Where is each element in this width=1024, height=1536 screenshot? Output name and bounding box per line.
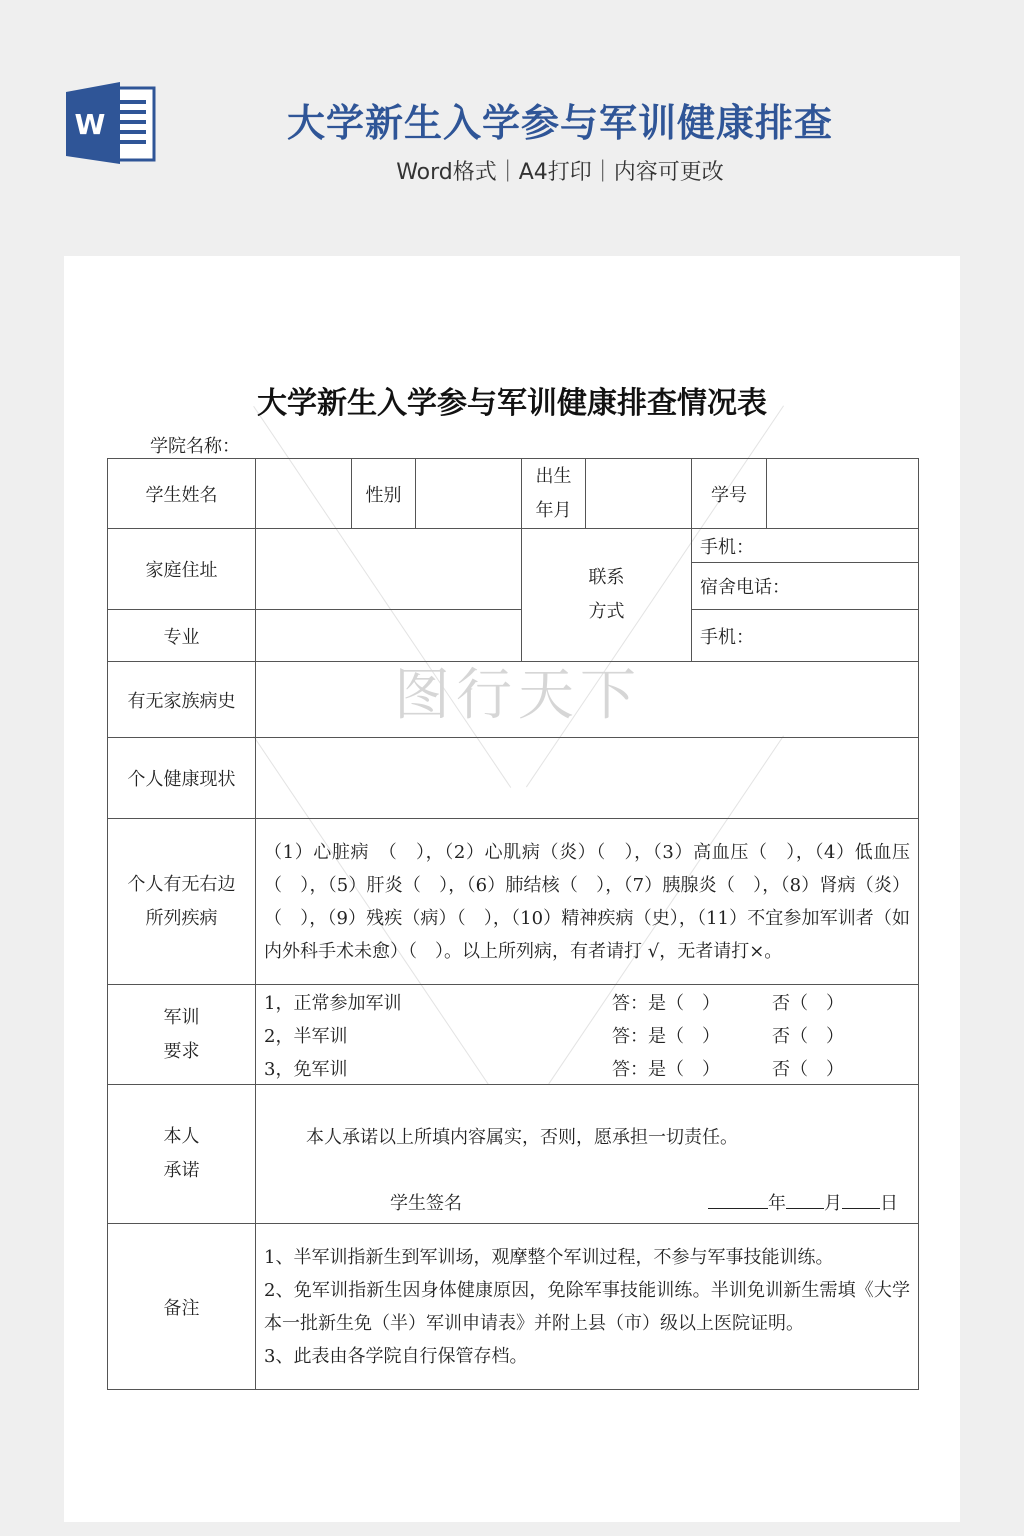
- answer-no[interactable]: 否（ ）: [772, 989, 844, 1015]
- answer-no[interactable]: 否（ ）: [772, 1055, 844, 1081]
- day-blank[interactable]: [842, 1190, 880, 1209]
- health-status-field[interactable]: [256, 738, 919, 819]
- training-option-exempt[interactable]: 3，免军训 答：是（ ） 否（ ）: [264, 1051, 918, 1084]
- birth-label-line2: 年月: [522, 494, 585, 528]
- disease-list-label: 个人有无右边 所列疾病: [108, 819, 256, 985]
- contact-label-line2: 方式: [522, 595, 691, 629]
- training-option-normal[interactable]: 1，正常参加军训 答：是（ ） 否（ ）: [264, 985, 918, 1018]
- answer-yes[interactable]: 答：是（ ）: [612, 1055, 772, 1081]
- home-address-field[interactable]: [256, 529, 522, 610]
- gender-field[interactable]: [416, 459, 522, 529]
- major-label: 专业: [108, 610, 256, 662]
- training-label-line2: 要求: [108, 1035, 255, 1069]
- mobile-field[interactable]: 手机：: [692, 529, 919, 563]
- banner-title: 大学新生入学参与军训健康排查: [240, 92, 880, 147]
- notes-content: 1、半军训指新生到军训场，观摩整个军训过程，不参与军事技能训练。 2、免军训指新…: [256, 1224, 919, 1390]
- birth-label-line1: 出生: [522, 460, 585, 494]
- pledge-label-line1: 本人: [108, 1120, 255, 1154]
- dorm-phone-field[interactable]: 宿舍电话：: [692, 563, 919, 610]
- year-label: 年: [768, 1193, 786, 1214]
- day-label: 日: [880, 1193, 898, 1214]
- training-requirement-label: 军训 要求: [108, 985, 256, 1085]
- training-option-half[interactable]: 2，半军训 答：是（ ） 否（ ）: [264, 1018, 918, 1051]
- signature-label: 学生签名: [390, 1189, 462, 1215]
- note-item: 1、半军训指新生到军训场，观摩整个军训过程，不参与军事技能训练。: [264, 1241, 910, 1274]
- student-name-label: 学生姓名: [108, 459, 256, 529]
- note-item: 3、此表由各学院自行保管存档。: [264, 1340, 910, 1373]
- answer-no[interactable]: 否（ ）: [772, 1022, 844, 1048]
- document-page: 大学新生入学参与军训健康排查情况表 学院名称： 学生姓名 性别 出生 年月 学号…: [64, 256, 960, 1522]
- birth-date-field[interactable]: [586, 459, 692, 529]
- major-field[interactable]: [256, 610, 522, 662]
- college-label: 学院名称：: [150, 432, 240, 458]
- month-blank[interactable]: [786, 1190, 824, 1209]
- training-option-text: 3，免军训: [264, 1055, 612, 1081]
- disease-checklist[interactable]: （1）心脏病 （ ），（2）心肌病（炎）（ ），（3）高血压（ ），（4）低血压…: [256, 819, 919, 985]
- date-field[interactable]: 年月日: [708, 1189, 898, 1215]
- word-document-icon: W: [64, 82, 156, 164]
- student-id-label: 学号: [692, 459, 767, 529]
- svg-text:W: W: [75, 108, 106, 141]
- gender-label: 性别: [352, 459, 416, 529]
- mobile-field-2[interactable]: 手机：: [692, 610, 919, 662]
- pledge-label: 本人 承诺: [108, 1085, 256, 1224]
- family-history-label: 有无家族病史: [108, 662, 256, 738]
- notes-label: 备注: [108, 1224, 256, 1390]
- training-option-text: 2，半军训: [264, 1022, 612, 1048]
- document-title: 大学新生入学参与军训健康排查情况表: [64, 378, 960, 422]
- disease-label-line2: 所列疾病: [108, 902, 255, 936]
- home-address-label: 家庭住址: [108, 529, 256, 610]
- family-history-field[interactable]: [256, 662, 919, 738]
- year-blank[interactable]: [708, 1190, 768, 1209]
- training-options: 1，正常参加军训 答：是（ ） 否（ ） 2，半军训 答：是（ ） 否（ ） 3…: [256, 985, 919, 1085]
- birth-date-label: 出生 年月: [522, 459, 586, 529]
- health-status-label: 个人健康现状: [108, 738, 256, 819]
- training-label-line1: 军训: [108, 1001, 255, 1035]
- pledge-label-line2: 承诺: [108, 1154, 255, 1188]
- month-label: 月: [824, 1193, 842, 1214]
- answer-yes[interactable]: 答：是（ ）: [612, 1022, 772, 1048]
- answer-yes[interactable]: 答：是（ ）: [612, 989, 772, 1015]
- note-item: 2、免军训指新生因身体健康原因，免除军事技能训练。半训免训新生需填《大学本一批新…: [264, 1274, 910, 1340]
- contact-label: 联系 方式: [522, 529, 692, 662]
- contact-label-line1: 联系: [522, 561, 691, 595]
- pledge-text: 本人承诺以上所填内容属实，否则，愿承担一切责任。: [306, 1123, 738, 1149]
- student-id-field[interactable]: [767, 459, 919, 529]
- banner-subtitle: Word格式｜A4打印｜内容可更改: [300, 155, 820, 186]
- pledge-content: 本人承诺以上所填内容属实，否则，愿承担一切责任。 学生签名 年月日: [256, 1085, 919, 1224]
- disease-label-line1: 个人有无右边: [108, 868, 255, 902]
- student-name-field[interactable]: [256, 459, 352, 529]
- health-form-table: 学生姓名 性别 出生 年月 学号 家庭住址 联系 方式 手机： 宿舍电话： 专: [107, 458, 919, 1390]
- training-option-text: 1，正常参加军训: [264, 989, 612, 1015]
